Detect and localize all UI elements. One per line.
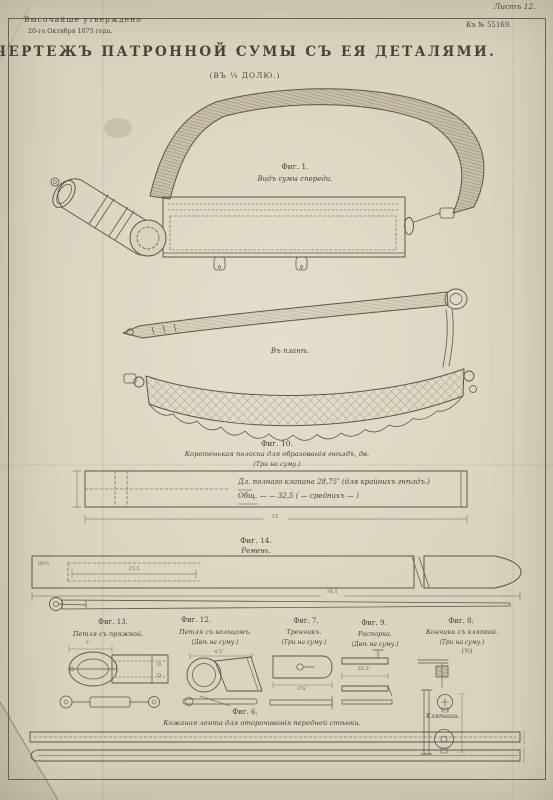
belt-right-ring [464,371,474,381]
shoulder-sling-strap [150,89,484,213]
plan-view-drawing [123,289,467,367]
fig12-drawing [183,653,262,706]
end-buckle [48,177,79,212]
top-fold-line [0,6,30,62]
paper-stain [104,118,132,138]
fig7-drawing [270,656,332,709]
fig10-drawing [73,471,467,523]
fig8-drawing [418,660,465,754]
plan-strap [123,292,448,338]
waist-belt-drawing [124,369,477,440]
strap-loop [445,289,467,309]
fig14-drawing [32,556,521,611]
drawing-sheet: Листъ 12. Высочайше утверждено 20-го Окт… [0,0,553,800]
pouch-body [163,197,405,257]
waist-belt [146,369,464,426]
technical-drawing [0,0,553,800]
fig9-drawing [342,650,392,704]
side-ring [405,218,414,235]
roll-end-disc [130,220,166,256]
fig1-drawing [48,89,484,270]
fig13-drawing [60,646,168,708]
